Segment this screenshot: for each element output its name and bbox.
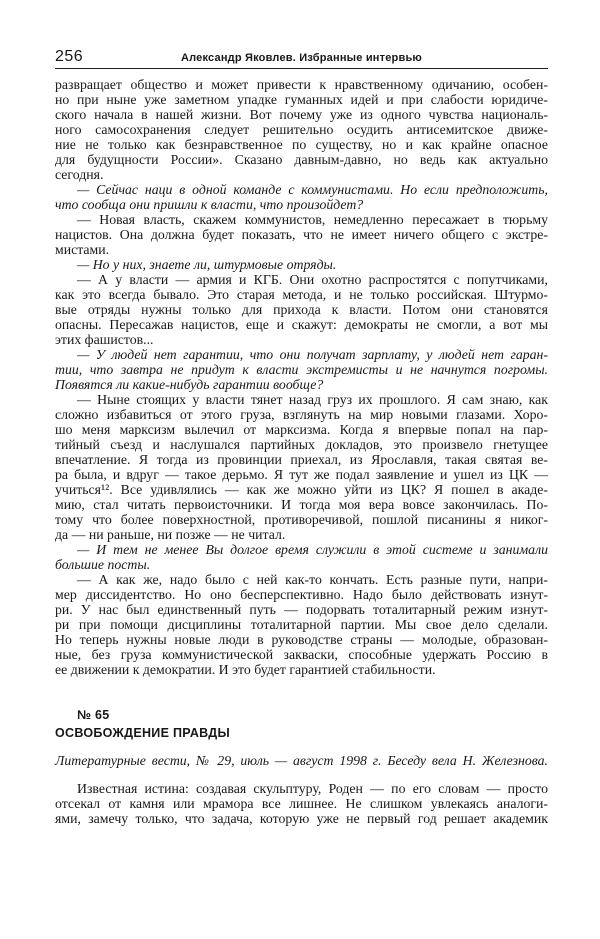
text-line: нацистов. Она должна будет показать, что… [55, 227, 548, 242]
interviewer-question: — Но у них, знаете ли, штурмовые отряды. [55, 257, 548, 272]
text-line: Появятся ли какие-нибудь гарантии вообще… [55, 377, 548, 392]
book-page: 256 Александр Яковлев. Избранные интервь… [0, 0, 600, 939]
paragraph-continuation: развращает общество и может привести к н… [55, 77, 548, 182]
text-line: опасны. Пересажав нацистов, еще и скажут… [55, 317, 548, 332]
source-line: Литературные вести, № 29, июль — август … [55, 753, 548, 768]
text-line: Но теперь нужны новые люди в руководстве… [55, 632, 548, 647]
section-title: ОСВОБОЖДЕНИЕ ПРАВДЫ [55, 725, 548, 741]
text-line: ные, без груза коммунистической закваски… [55, 647, 548, 662]
text-line: развращает общество и может привести к н… [55, 77, 548, 92]
text-line: да — ни раньше, ни позже — не читал. [55, 527, 548, 542]
interviewer-question: — И тем не менее Вы долгое время служили… [55, 542, 548, 572]
text-line: — У людей нет гарантии, что они получат … [55, 347, 548, 362]
interviewee-answer: — Ныне стоящих у власти тянет назад груз… [55, 392, 548, 542]
text-line: большие посты. [55, 557, 548, 572]
interviewer-question: — Сейчас наци в одной команде с коммунис… [55, 182, 548, 212]
text-line: ского начала в нашей жизни. Вот почему у… [55, 107, 548, 122]
page-number: 256 [55, 48, 83, 66]
interviewee-answer: — Новая власть, скажем коммунистов, неме… [55, 212, 548, 257]
text-line: мер диссидентство. Но оно бесперспективн… [55, 587, 548, 602]
text-line: тии, что завтра не придут к власти экстр… [55, 362, 548, 377]
text-line: сложно избавиться от этого груза, взглян… [55, 407, 548, 422]
text-line: — А как же, надо было с ней как-то конча… [55, 572, 548, 587]
text-line: — Новая власть, скажем коммунистов, неме… [55, 212, 548, 227]
text-line: мию, стал читать первоисточники. И тогда… [55, 497, 548, 512]
text-line: ние не только как безнравственное по сущ… [55, 137, 548, 152]
text-line: учиться¹². Все удивлялись — как же можно… [55, 482, 548, 497]
text-line: что сообща они пришли к власти, что прои… [55, 197, 548, 212]
text-line: впечатление. Я тогда из провинции приеха… [55, 452, 548, 467]
text-line: ри при помощи дисциплины тоталитарной па… [55, 617, 548, 632]
running-title: Александр Яковлев. Избранные интервью [55, 48, 548, 64]
text-line: сегодня. [55, 167, 548, 182]
text-line: — Сейчас наци в одной команде с коммунис… [55, 182, 548, 197]
text-line: № 65 [55, 707, 548, 723]
text-line: отсекал от камня или мрамора все лишнее.… [55, 796, 548, 811]
text-line: тому что более поверхностной, противореч… [55, 512, 548, 527]
text-line: для будущности России». Сказано давным-д… [55, 152, 548, 167]
text-line: вые отряды нужны только для прихода к вл… [55, 302, 548, 317]
text-line: шо меня марксизм вылечил от марксизма. К… [55, 422, 548, 437]
text-line: ного самосохранения следует решительно о… [55, 122, 548, 137]
text-line: тийный съезд и наслушался партийных докл… [55, 437, 548, 452]
text-line: ее движении к демократии. И это будет га… [55, 662, 548, 677]
text-line: мистами. [55, 242, 548, 257]
text-line: ОСВОБОЖДЕНИЕ ПРАВДЫ [55, 725, 548, 741]
text-line: как это всегда бывало. Это старая метода… [55, 287, 548, 302]
text-line: Известная истина: создавая скульптуру, Р… [55, 781, 548, 796]
text-line: — Ныне стоящих у власти тянет назад груз… [55, 392, 548, 407]
paragraph: Известная истина: создавая скульптуру, Р… [55, 781, 548, 826]
text-line: — И тем не менее Вы долгое время служили… [55, 542, 548, 557]
text-column: 256 Александр Яковлев. Избранные интервь… [55, 0, 548, 826]
interviewee-answer: — А у власти — армия и КГБ. Они охотно р… [55, 272, 548, 347]
text-line: ями, замечу только, что задача, которую … [55, 811, 548, 826]
page-header: 256 Александр Яковлев. Избранные интервь… [55, 48, 548, 69]
text-line: этих фашистов... [55, 332, 548, 347]
text-line: — Но у них, знаете ли, штурмовые отряды. [55, 257, 548, 272]
text-line: ра была, и вдруг — такое дерьмо. Я тут ж… [55, 467, 548, 482]
text-line: ри. У нас был единственный путь — подорв… [55, 602, 548, 617]
page-body: развращает общество и может привести к н… [55, 77, 548, 826]
text-line: — А у власти — армия и КГБ. Они охотно р… [55, 272, 548, 287]
interviewer-question: — У людей нет гарантии, что они получат … [55, 347, 548, 392]
text-line: Литературные вести, № 29, июль — август … [55, 753, 548, 768]
interviewee-answer: — А как же, надо было с ней как-то конча… [55, 572, 548, 677]
section-number: № 65 [55, 707, 548, 723]
text-line: но при ныне уже заметном упадке гуманных… [55, 92, 548, 107]
